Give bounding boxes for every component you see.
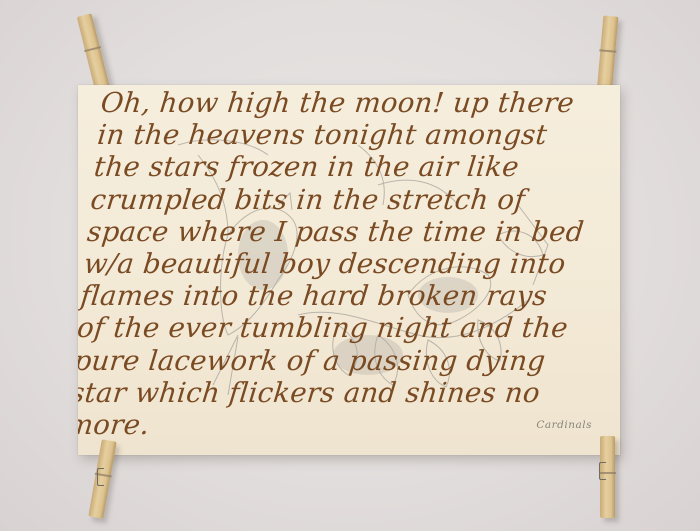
clothespin-spring <box>599 462 606 480</box>
poem-line: flames into the hard broken rays <box>79 280 618 312</box>
poem-line: w/a beautiful boy descending into <box>82 248 620 280</box>
poem-line: more. <box>78 409 605 441</box>
poem-line: pure lacework of a passing dying <box>78 345 612 377</box>
poem-line: Oh, how high the moon! up there <box>99 87 620 119</box>
poem-line: star which flickers and shines no <box>78 377 608 409</box>
caption-cardinals: Cardinals <box>536 419 592 431</box>
poem-line: space where I pass the time in bed <box>86 216 620 248</box>
poem-line: of the ever tumbling night and the <box>78 312 615 344</box>
poem-line: in the heavens tonight amongst <box>96 119 620 151</box>
clothespin-top-right <box>597 15 619 94</box>
poem-paper: Oh, how high the moon! up there in the h… <box>78 85 620 455</box>
clothespin-top-left <box>77 13 110 92</box>
handwritten-poem: Oh, how high the moon! up there in the h… <box>78 87 620 441</box>
poem-line: the stars frozen in the air like <box>92 151 620 183</box>
clothespin-spring <box>97 468 104 486</box>
poem-line: crumpled bits in the stretch of <box>89 184 620 216</box>
